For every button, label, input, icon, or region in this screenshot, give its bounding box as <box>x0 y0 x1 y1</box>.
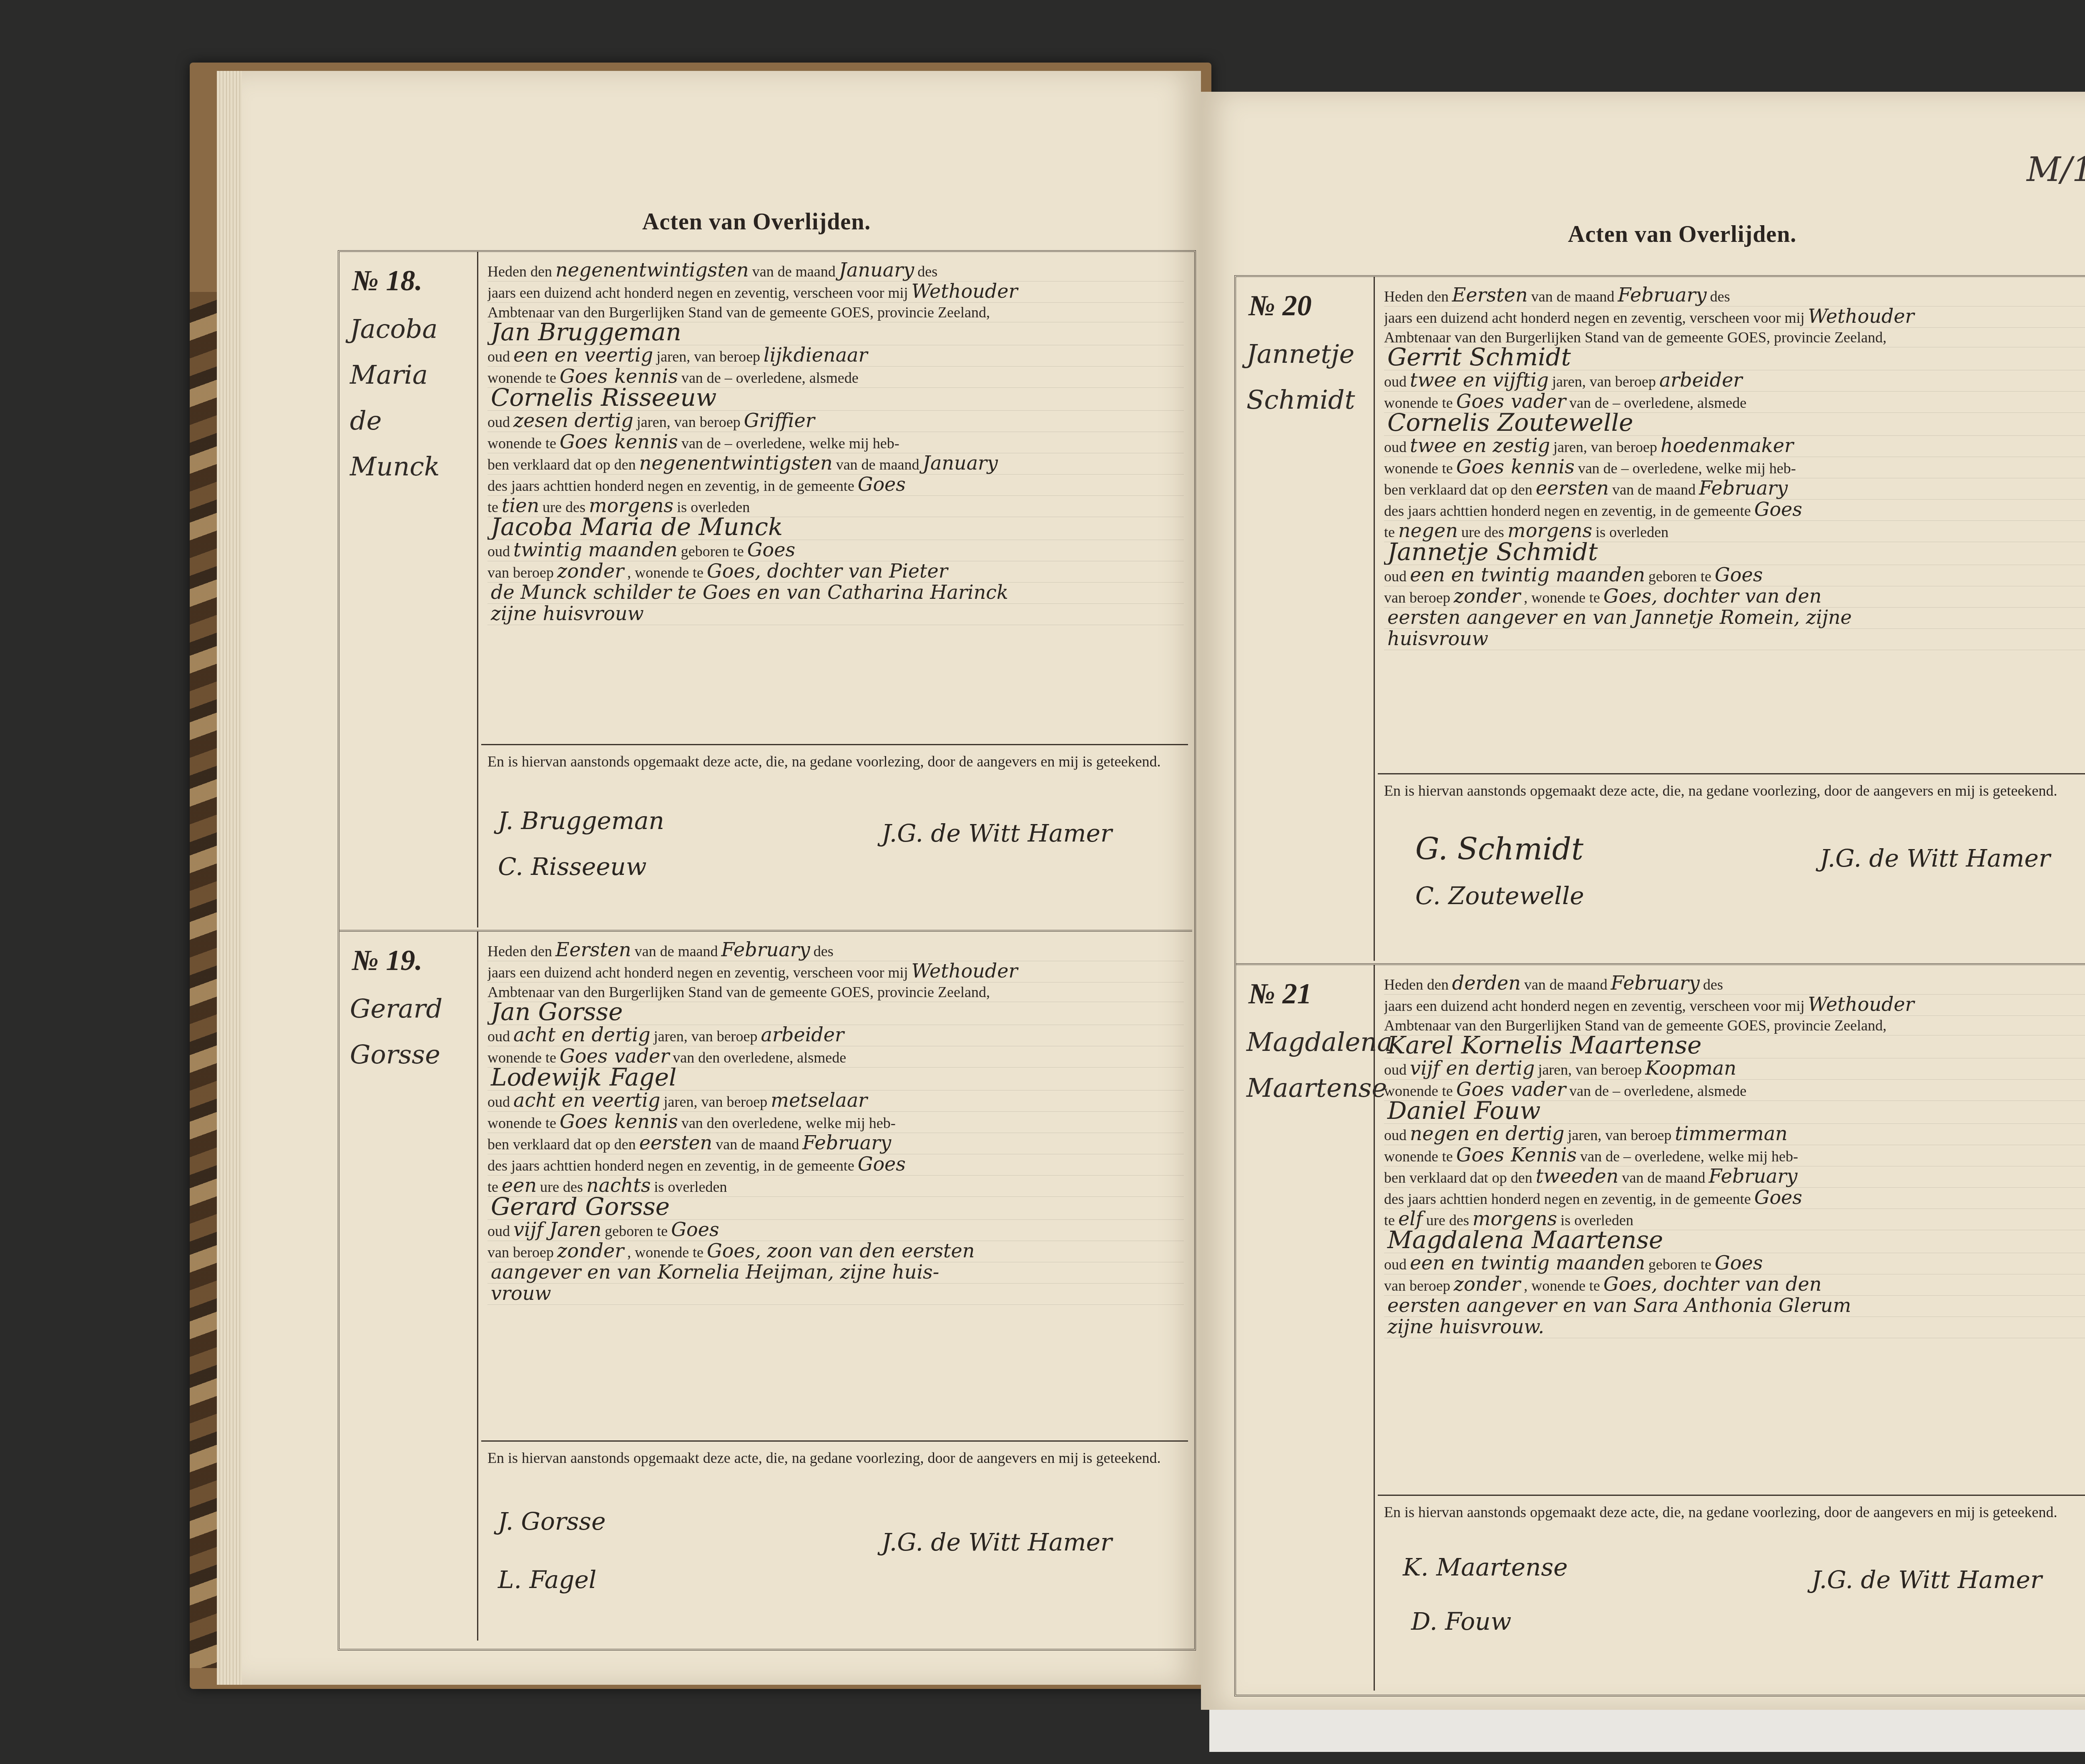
act-margin: № 21 Magdalena Maartense <box>1236 965 1375 1691</box>
signature-declarant-2: L. Fagel <box>498 1565 596 1594</box>
act-number: № 21 <box>1248 977 1312 1011</box>
signature-registrar: J.G. de Witt Hamer <box>882 819 1112 847</box>
declarant-2: Daniel Fouw <box>1384 1101 1544 1124</box>
signature-registrar: J.G. de Witt Hamer <box>1820 844 2050 872</box>
death-act-18: № 18. Jacoba Maria de Munck Heden denneg… <box>339 252 1192 927</box>
signature-declarant-2: C. Risseeuw <box>498 852 647 881</box>
act-margin: № 20 Jannetje Schmidt <box>1236 277 1375 961</box>
declarant-2: Lodewijk Fagel <box>487 1068 680 1091</box>
declarant-2: Cornelis Risseeuw <box>487 388 720 411</box>
act-margin: № 19. Gerard Gorsse <box>339 932 478 1641</box>
deceased-name: Magdalena Maartense <box>1384 1230 1666 1253</box>
signature-registrar: J.G. de Witt Hamer <box>1811 1565 2042 1594</box>
signature-registrar: J.G. de Witt Hamer <box>882 1528 1112 1556</box>
signature-declarant-1: J. Gorsse <box>498 1507 605 1535</box>
act-margin: № 18. Jacoba Maria de Munck <box>339 252 478 927</box>
death-act-20: № 20 Jannetje Schmidt Heden denEerstenva… <box>1236 277 2085 961</box>
act-body: Heden dennegenentwintigstenvan de maandJ… <box>487 260 1184 625</box>
margin-name: Gerard Gorsse <box>350 986 442 1078</box>
signature-declarant-1: K. Maartense <box>1403 1553 1568 1581</box>
signature-declarant-1: J. Bruggeman <box>498 807 664 835</box>
act-body: Heden denEerstenvan de maandFebruarydes … <box>1384 285 2085 650</box>
deceased-name: Gerard Gorsse <box>487 1197 673 1220</box>
closing-formula: En is hiervan aanstonds opgemaakt deze a… <box>487 1449 1180 1467</box>
act-number: № 19. <box>352 944 422 977</box>
death-act-19: № 19. Gerard Gorsse Heden denEerstenvan … <box>339 930 1192 1641</box>
closing-formula: En is hiervan aanstonds opgemaakt deze a… <box>487 752 1180 771</box>
act-number: № 20 <box>1248 289 1312 323</box>
section-divider <box>481 744 1188 745</box>
right-page: M/1 Acten van Overlijden. № 20 Jannetje … <box>1201 92 2085 1710</box>
section-divider <box>481 1440 1188 1442</box>
closing-formula: En is hiervan aanstonds opgemaakt deze a… <box>1384 1503 2085 1521</box>
deceased-name: Jacoba Maria de Munck <box>487 517 786 540</box>
margin-name: Jannetje Schmidt <box>1246 331 1355 423</box>
margin-name: Magdalena Maartense <box>1246 1019 1392 1111</box>
page-title: Acten van Overlijden. <box>1568 221 1796 248</box>
declarant-1: Jan Gorsse <box>487 1002 626 1025</box>
declarant-1: Jan Bruggeman <box>487 322 685 345</box>
margin-name: Jacoba Maria de Munck <box>350 306 477 490</box>
act-body: Heden denderdenvan de maandFebruarydes j… <box>1384 973 2085 1338</box>
left-page: Acten van Overlijden. № 18. Jacoba Maria… <box>242 71 1201 1685</box>
declarant-2: Cornelis Zoutewelle <box>1384 413 1637 436</box>
act-body: Heden denEerstenvan de maandFebruarydes … <box>487 940 1184 1305</box>
signature-declarant-1: G. Schmidt <box>1415 832 1583 867</box>
closing-formula: En is hiervan aanstonds opgemaakt deze a… <box>1384 781 2085 800</box>
section-divider <box>1378 1495 2085 1496</box>
deceased-name: Jannetje Schmidt <box>1384 542 1601 565</box>
page-stack-edge <box>217 71 242 1685</box>
signature-declarant-2: D. Fouw <box>1411 1607 1511 1636</box>
death-act-21: № 21 Magdalena Maartense Heden denderden… <box>1236 963 2085 1691</box>
page-title: Acten van Overlijden. <box>642 209 871 235</box>
section-divider <box>1378 773 2085 774</box>
signature-declarant-2: C. Zoutewelle <box>1415 882 1584 910</box>
declarant-1: Gerrit Schmidt <box>1384 347 1574 370</box>
corner-mark: M/1 <box>2027 150 2085 189</box>
declarant-1: Karel Kornelis Maartense <box>1384 1035 1705 1058</box>
act-number: № 18. <box>352 264 422 298</box>
